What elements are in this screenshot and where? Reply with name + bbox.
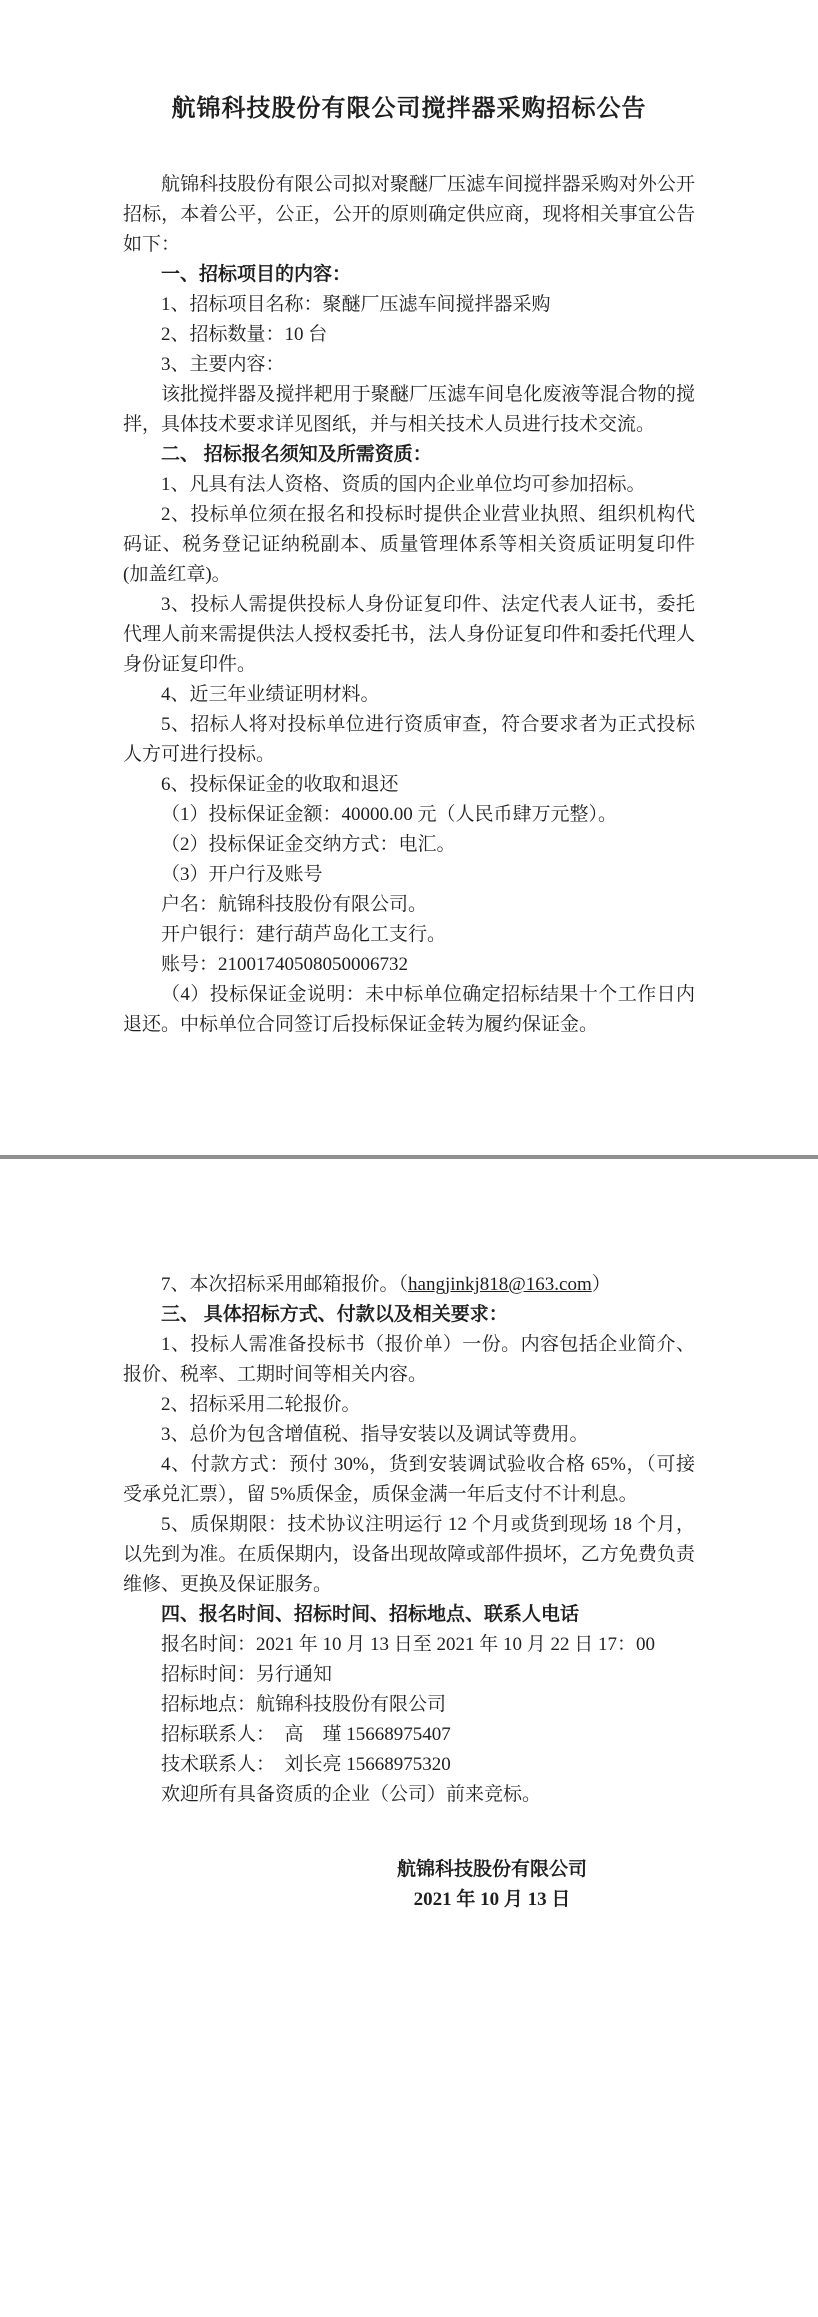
page-break-divider (0, 1155, 818, 1159)
document-content: 航锦科技股份有限公司搅拌器采购招标公告 航锦科技股份有限公司拟对聚醚厂压滤车间搅… (0, 0, 818, 1915)
section-1-item: 该批搅拌器及搅拌耙用于聚醚厂压滤车间皂化废液等混合物的搅拌，具体技术要求详见图纸… (123, 380, 695, 440)
document-title: 航锦科技股份有限公司搅拌器采购招标公告 (123, 92, 695, 126)
section-1-heading: 一、招标项目的内容： (123, 260, 695, 290)
signature-block: 航锦科技股份有限公司 2021 年 10 月 13 日 (397, 1855, 587, 1915)
section-4-item: 报名时间：2021 年 10 月 13 日至 2021 年 10 月 22 日 … (123, 1630, 695, 1660)
signature-company: 航锦科技股份有限公司 (397, 1855, 587, 1885)
section-2-item: （3）开户行及账号 (123, 860, 695, 890)
section-2-item: （1）投标保证金额：40000.00 元（人民币肆万元整）。 (123, 800, 695, 830)
signature-date: 2021 年 10 月 13 日 (397, 1885, 587, 1915)
section-2-item: 账号：21001740508050006732 (123, 950, 695, 980)
section-2-item: 5、招标人将对投标单位进行资质审查，符合要求者为正式投标人方可进行投标。 (123, 710, 695, 770)
section-1-item: 2、招标数量：10 台 (123, 320, 695, 350)
section-2-item: 1、凡具有法人资格、资质的国内企业单位均可参加招标。 (123, 470, 695, 500)
section-3-item: 4、付款方式：预付 30%，货到安装调试验收合格 65%，（可接受承兑汇票），留… (123, 1450, 695, 1510)
section-4-item: 技术联系人： 刘长亮 15668975320 (123, 1750, 695, 1780)
section-2-item: 2、投标单位须在报名和投标时提供企业营业执照、组织机构代码证、税务登记证纳税副本… (123, 500, 695, 590)
section-4-item: 招标联系人： 高 瑾 15668975407 (123, 1720, 695, 1750)
section-4-item: 欢迎所有具备资质的企业（公司）前来竞标。 (123, 1780, 695, 1810)
section-2-item: 开户银行：建行葫芦岛化工支行。 (123, 920, 695, 950)
section-3-item: 3、总价为包含增值税、指导安装以及调试等费用。 (123, 1420, 695, 1450)
section-2-item: （4）投标保证金说明：未中标单位确定招标结果十个工作日内退还。中标单位合同签订后… (123, 980, 695, 1040)
section-2-item-email: 7、本次招标采用邮箱报价。（hangjinkj818@163.com） (123, 1270, 695, 1300)
section-2-item: 户名：航锦科技股份有限公司。 (123, 890, 695, 920)
email-link[interactable]: hangjinkj818@163.com (408, 1274, 592, 1295)
section-4-item: 招标时间：另行通知 (123, 1660, 695, 1690)
section-1-item: 1、招标项目名称：聚醚厂压滤车间搅拌器采购 (123, 290, 695, 320)
email-line-suffix: ） (592, 1274, 611, 1295)
section-2-item: 4、近三年业绩证明材料。 (123, 680, 695, 710)
section-4-item: 招标地点：航锦科技股份有限公司 (123, 1690, 695, 1720)
email-line-prefix: 7、本次招标采用邮箱报价。（ (161, 1274, 408, 1295)
section-3-item: 1、投标人需准备投标书（报价单）一份。内容包括企业简介、报价、税率、工期时间等相… (123, 1330, 695, 1390)
section-2-item: （2）投标保证金交纳方式：电汇。 (123, 830, 695, 860)
section-3-item: 2、招标采用二轮报价。 (123, 1390, 695, 1420)
section-3-item: 5、质保期限：技术协议注明运行 12 个月或货到现场 18 个月，以先到为准。在… (123, 1510, 695, 1600)
section-3-heading: 三、 具体招标方式、付款以及相关要求： (123, 1300, 695, 1330)
document-page: 航锦科技股份有限公司搅拌器采购招标公告 航锦科技股份有限公司拟对聚醚厂压滤车间搅… (0, 0, 818, 2317)
section-1-item: 3、主要内容： (123, 350, 695, 380)
section-4-heading: 四、报名时间、招标时间、招标地点、联系人电话 (123, 1600, 695, 1630)
intro-paragraph: 航锦科技股份有限公司拟对聚醚厂压滤车间搅拌器采购对外公开招标，本着公平，公正，公… (123, 170, 695, 260)
section-2-item: 3、投标人需提供投标人身份证复印件、法定代表人证书，委托代理人前来需提供法人授权… (123, 590, 695, 680)
section-2-heading: 二、 招标报名须知及所需资质： (123, 440, 695, 470)
section-2-item: 6、投标保证金的收取和退还 (123, 770, 695, 800)
